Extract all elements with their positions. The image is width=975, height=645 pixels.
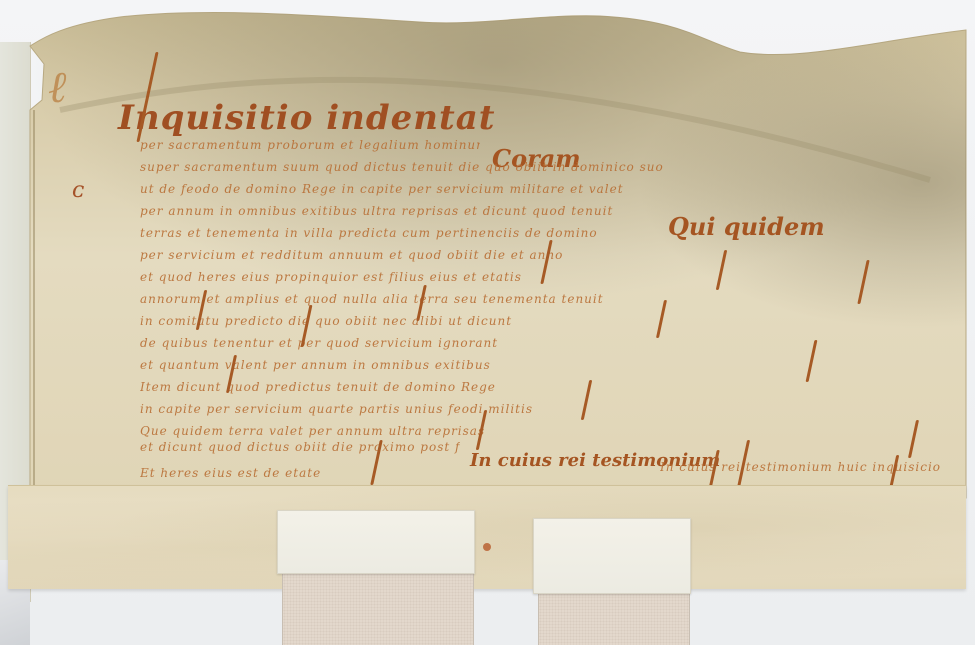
body-line: annorum et amplius et quod nulla alia te… xyxy=(140,292,940,306)
seal-tag-right xyxy=(533,518,691,594)
body-line: in capite per servicium quarte partis un… xyxy=(140,402,940,416)
body-line: ut de feodo de domino Rege in capite per… xyxy=(140,182,940,196)
body-line: et dicunt quod dictus obiit die proximo … xyxy=(140,440,460,454)
marginal-flourish: ℓ xyxy=(48,62,66,113)
body-line: Que quidem terra valet per annum ultra r… xyxy=(140,424,940,438)
body-line: de quibus tenentur et per quod servicium… xyxy=(140,336,940,350)
body-line: per annum in omnibus exitibus ultra repr… xyxy=(140,204,940,218)
body-line: Et heres eius est de etate xyxy=(140,466,460,480)
body-line: et quantum valent per annum in omnibus e… xyxy=(140,358,940,372)
marginal-mark: ᴄ xyxy=(72,178,84,203)
body-line: terras et tenementa in villa predicta cu… xyxy=(140,226,660,240)
body-line: super sacramentum suum quod dictus tenui… xyxy=(140,160,940,174)
seal-tag-left-strip xyxy=(282,570,474,645)
plica-fold xyxy=(8,485,966,589)
ink-stain xyxy=(483,543,491,551)
body-line: Item dicunt quod predictus tenuit de dom… xyxy=(140,380,940,394)
seal-tag-right-strip xyxy=(538,590,690,645)
body-line: per servicium et redditum annuum et quod… xyxy=(140,248,940,262)
body-line: in comitatu predicto die quo obiit nec a… xyxy=(140,314,940,328)
body-line: In cuius rei testimonium huic inquisicio… xyxy=(660,460,940,474)
document-heading: Inquisitio indentat xyxy=(118,98,495,138)
seal-tag-left xyxy=(277,510,475,574)
body-line: per sacramentum proborum et legalium hom… xyxy=(140,138,480,152)
